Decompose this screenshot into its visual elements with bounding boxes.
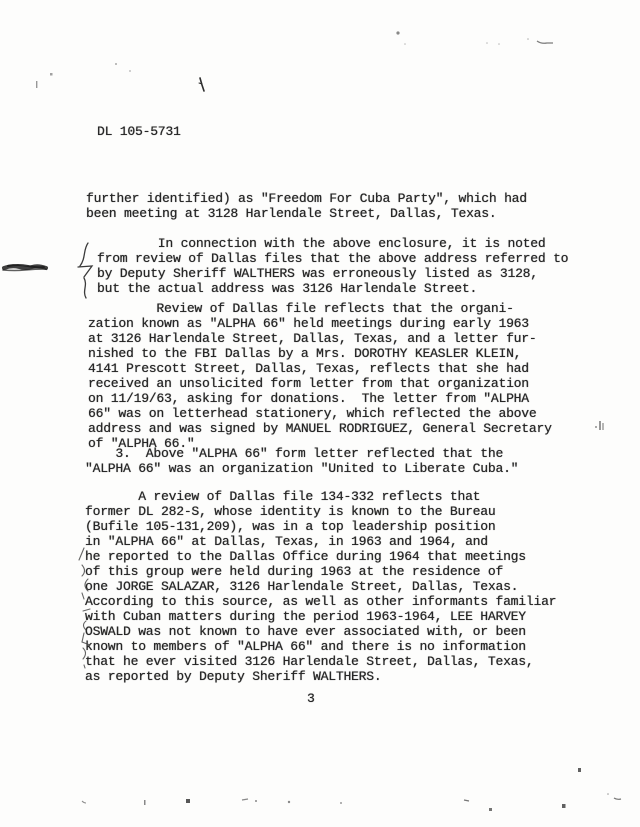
page-number: 3 [307,691,315,706]
right-margin-tick [595,421,603,430]
squiggle-mark-top-right [537,41,553,43]
scanned-document-page: DL 105-5731 further identified) as "Free… [0,0,640,827]
file-number: DL 105-5731 [97,124,181,139]
stray-slash-mark [199,78,204,91]
paragraph-continuation: further identified) as "Freedom For Cuba… [86,191,527,221]
paper-specks-top [36,31,529,88]
paragraph-item-3: 3. Above "ALPHA 66" form letter reflecte… [85,446,518,476]
ink-smudge-mark [3,265,46,271]
paragraph-dallas-file-review: A review of Dallas file 134-332 reflects… [85,489,556,684]
paper-specks-bottom [82,768,621,811]
paragraph-enclosure-note: In connection with the above enclosure, … [97,236,568,296]
paragraph-alpha66-review: Review of Dallas file reflects that the … [88,301,552,451]
handwritten-brace-mark [78,243,92,298]
